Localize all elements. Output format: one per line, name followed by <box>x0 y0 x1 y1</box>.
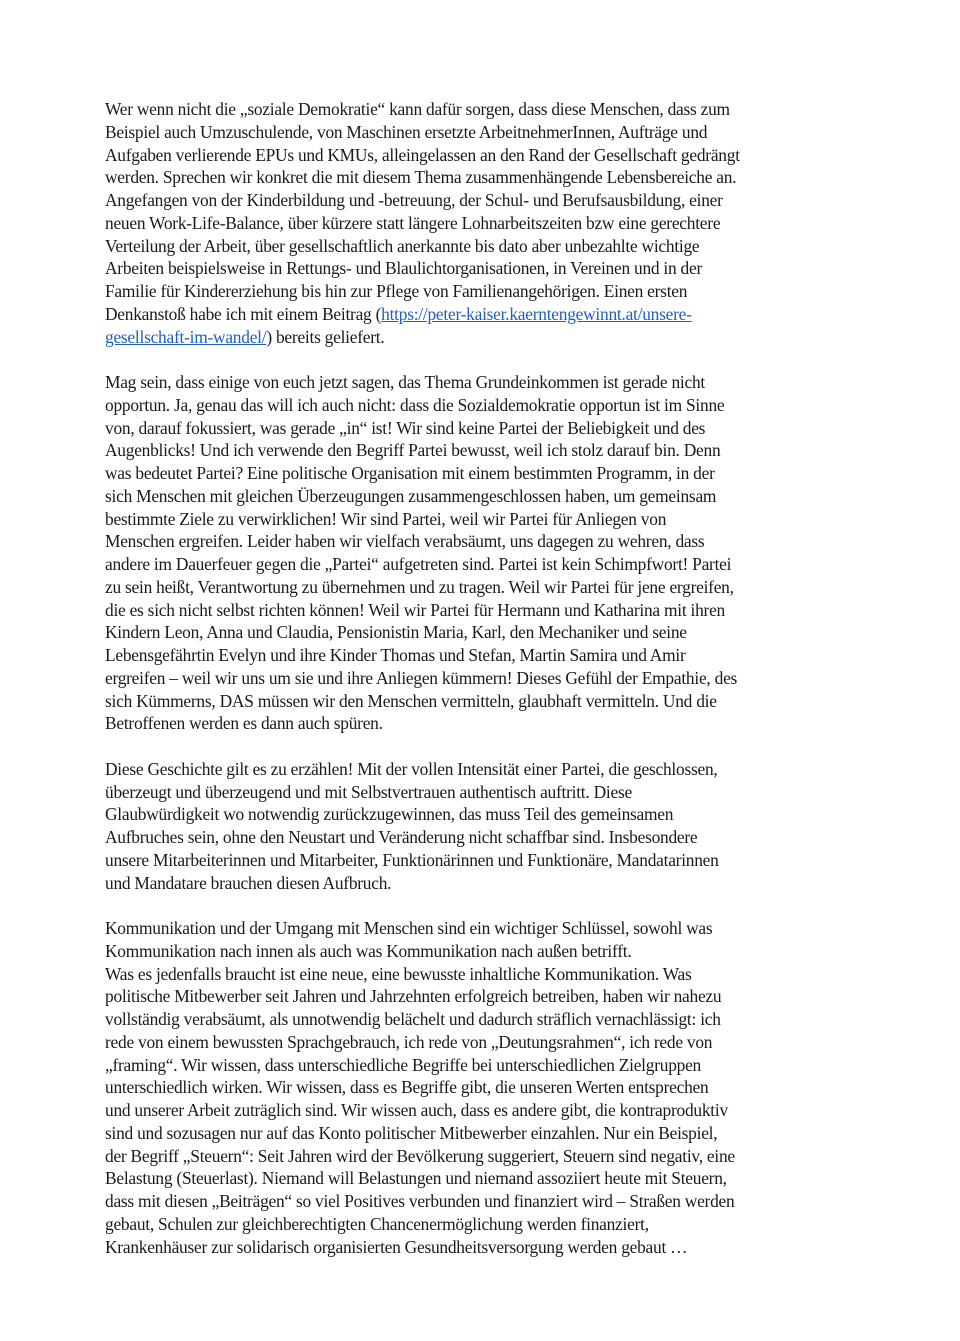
text-line: der Begriff „Steuern“: Seit Jahren wird … <box>105 1145 885 1168</box>
text-line: rede von einem bewussten Sprachgebrauch,… <box>105 1031 885 1054</box>
text-line: vollständig verabsäumt, als unnotwendig … <box>105 1008 885 1031</box>
paragraph-2: Mag sein, dass einige von euch jetzt sag… <box>105 371 885 735</box>
article-link-continued[interactable]: gesellschaft-im-wandel/ <box>105 327 266 347</box>
text-line: politische Mitbewerber seit Jahren und J… <box>105 985 885 1008</box>
text-line: überzeugt und überzeugend und mit Selbst… <box>105 781 885 804</box>
text-line: ergreifen – weil wir uns um sie und ihre… <box>105 667 885 690</box>
text-line: zu sein heißt, Verantwortung zu übernehm… <box>105 576 885 599</box>
text-line: neuen Work-Life-Balance, über kürzere st… <box>105 212 885 235</box>
text-line: „framing“. Wir wissen, dass unterschiedl… <box>105 1054 885 1077</box>
text-line: sich Menschen mit gleichen Überzeugungen… <box>105 485 885 508</box>
text-line: die es sich nicht selbst richten können!… <box>105 599 885 622</box>
text-line: gebaut, Schulen zur gleichberechtigten C… <box>105 1213 885 1236</box>
text-line: und unserer Arbeit zuträglich sind. Wir … <box>105 1099 885 1122</box>
text-line: Diese Geschichte gilt es zu erzählen! Mi… <box>105 758 885 781</box>
text-line: andere im Dauerfeuer gegen die „Partei“ … <box>105 553 885 576</box>
text-line: was bedeutet Partei? Eine politische Org… <box>105 462 885 485</box>
text-line: Aufgaben verlierende EPUs und KMUs, alle… <box>105 144 885 167</box>
paragraph-4: Kommunikation und der Umgang mit Mensche… <box>105 917 885 1258</box>
text-line: Menschen ergreifen. Leider haben wir vie… <box>105 530 885 553</box>
text-line: Arbeiten beispielsweise in Rettungs- und… <box>105 257 885 280</box>
text-line: von, darauf fokussiert, was gerade „in“ … <box>105 417 885 440</box>
text-line: Familie für Kindererziehung bis hin zur … <box>105 280 885 303</box>
link-prefix-text: Denkanstoß habe ich mit einem Beitrag ( <box>105 304 381 324</box>
text-line: Kommunikation und der Umgang mit Mensche… <box>105 917 885 940</box>
text-line: Glaubwürdigkeit wo notwendig zurückzugew… <box>105 803 885 826</box>
text-line: dass mit diesen „Beiträgen“ so viel Posi… <box>105 1190 885 1213</box>
text-line: Wer wenn nicht die „soziale Demokratie“ … <box>105 98 885 121</box>
text-line: und Mandatare brauchen diesen Aufbruch. <box>105 872 885 895</box>
paragraph-3: Diese Geschichte gilt es zu erzählen! Mi… <box>105 758 885 895</box>
paragraph-1: Wer wenn nicht die „soziale Demokratie“ … <box>105 98 885 348</box>
text-line: Was es jedenfalls braucht ist eine neue,… <box>105 963 885 986</box>
text-line: Denkanstoß habe ich mit einem Beitrag (h… <box>105 303 885 326</box>
link-suffix-text: ) bereits geliefert. <box>266 327 384 347</box>
text-line: Belastung (Steuerlast). Niemand will Bel… <box>105 1167 885 1190</box>
text-line: Verteilung der Arbeit, über gesellschaft… <box>105 235 885 258</box>
text-line: Angefangen von der Kinderbildung und -be… <box>105 189 885 212</box>
text-line: unsere Mitarbeiterinnen und Mitarbeiter,… <box>105 849 885 872</box>
document-page: Wer wenn nicht die „soziale Demokratie“ … <box>105 98 885 1281</box>
text-line: opportun. Ja, genau das will ich auch ni… <box>105 394 885 417</box>
text-line: bestimmte Ziele zu verwirklichen! Wir si… <box>105 508 885 531</box>
text-line: gesellschaft-im-wandel/) bereits geliefe… <box>105 326 885 349</box>
text-line: Betroffenen werden es dann auch spüren. <box>105 712 885 735</box>
text-line: Mag sein, dass einige von euch jetzt sag… <box>105 371 885 394</box>
text-line: Augenblicks! Und ich verwende den Begrif… <box>105 439 885 462</box>
text-line: Kommunikation nach innen als auch was Ko… <box>105 940 885 963</box>
text-line: Lebensgefährtin Evelyn und ihre Kinder T… <box>105 644 885 667</box>
text-line: Aufbruches sein, ohne den Neustart und V… <box>105 826 885 849</box>
text-line: Krankenhäuser zur solidarisch organisier… <box>105 1236 885 1259</box>
article-link[interactable]: https://peter-kaiser.kaerntengewinnt.at/… <box>381 304 691 324</box>
text-line: sich Kümmerns, DAS müssen wir den Mensch… <box>105 690 885 713</box>
text-line: sind und sozusagen nur auf das Konto pol… <box>105 1122 885 1145</box>
text-line: Kindern Leon, Anna und Claudia, Pensioni… <box>105 621 885 644</box>
text-line: unterschiedlich wirken. Wir wissen, dass… <box>105 1076 885 1099</box>
text-line: werden. Sprechen wir konkret die mit die… <box>105 166 885 189</box>
text-line: Beispiel auch Umzuschulende, von Maschin… <box>105 121 885 144</box>
